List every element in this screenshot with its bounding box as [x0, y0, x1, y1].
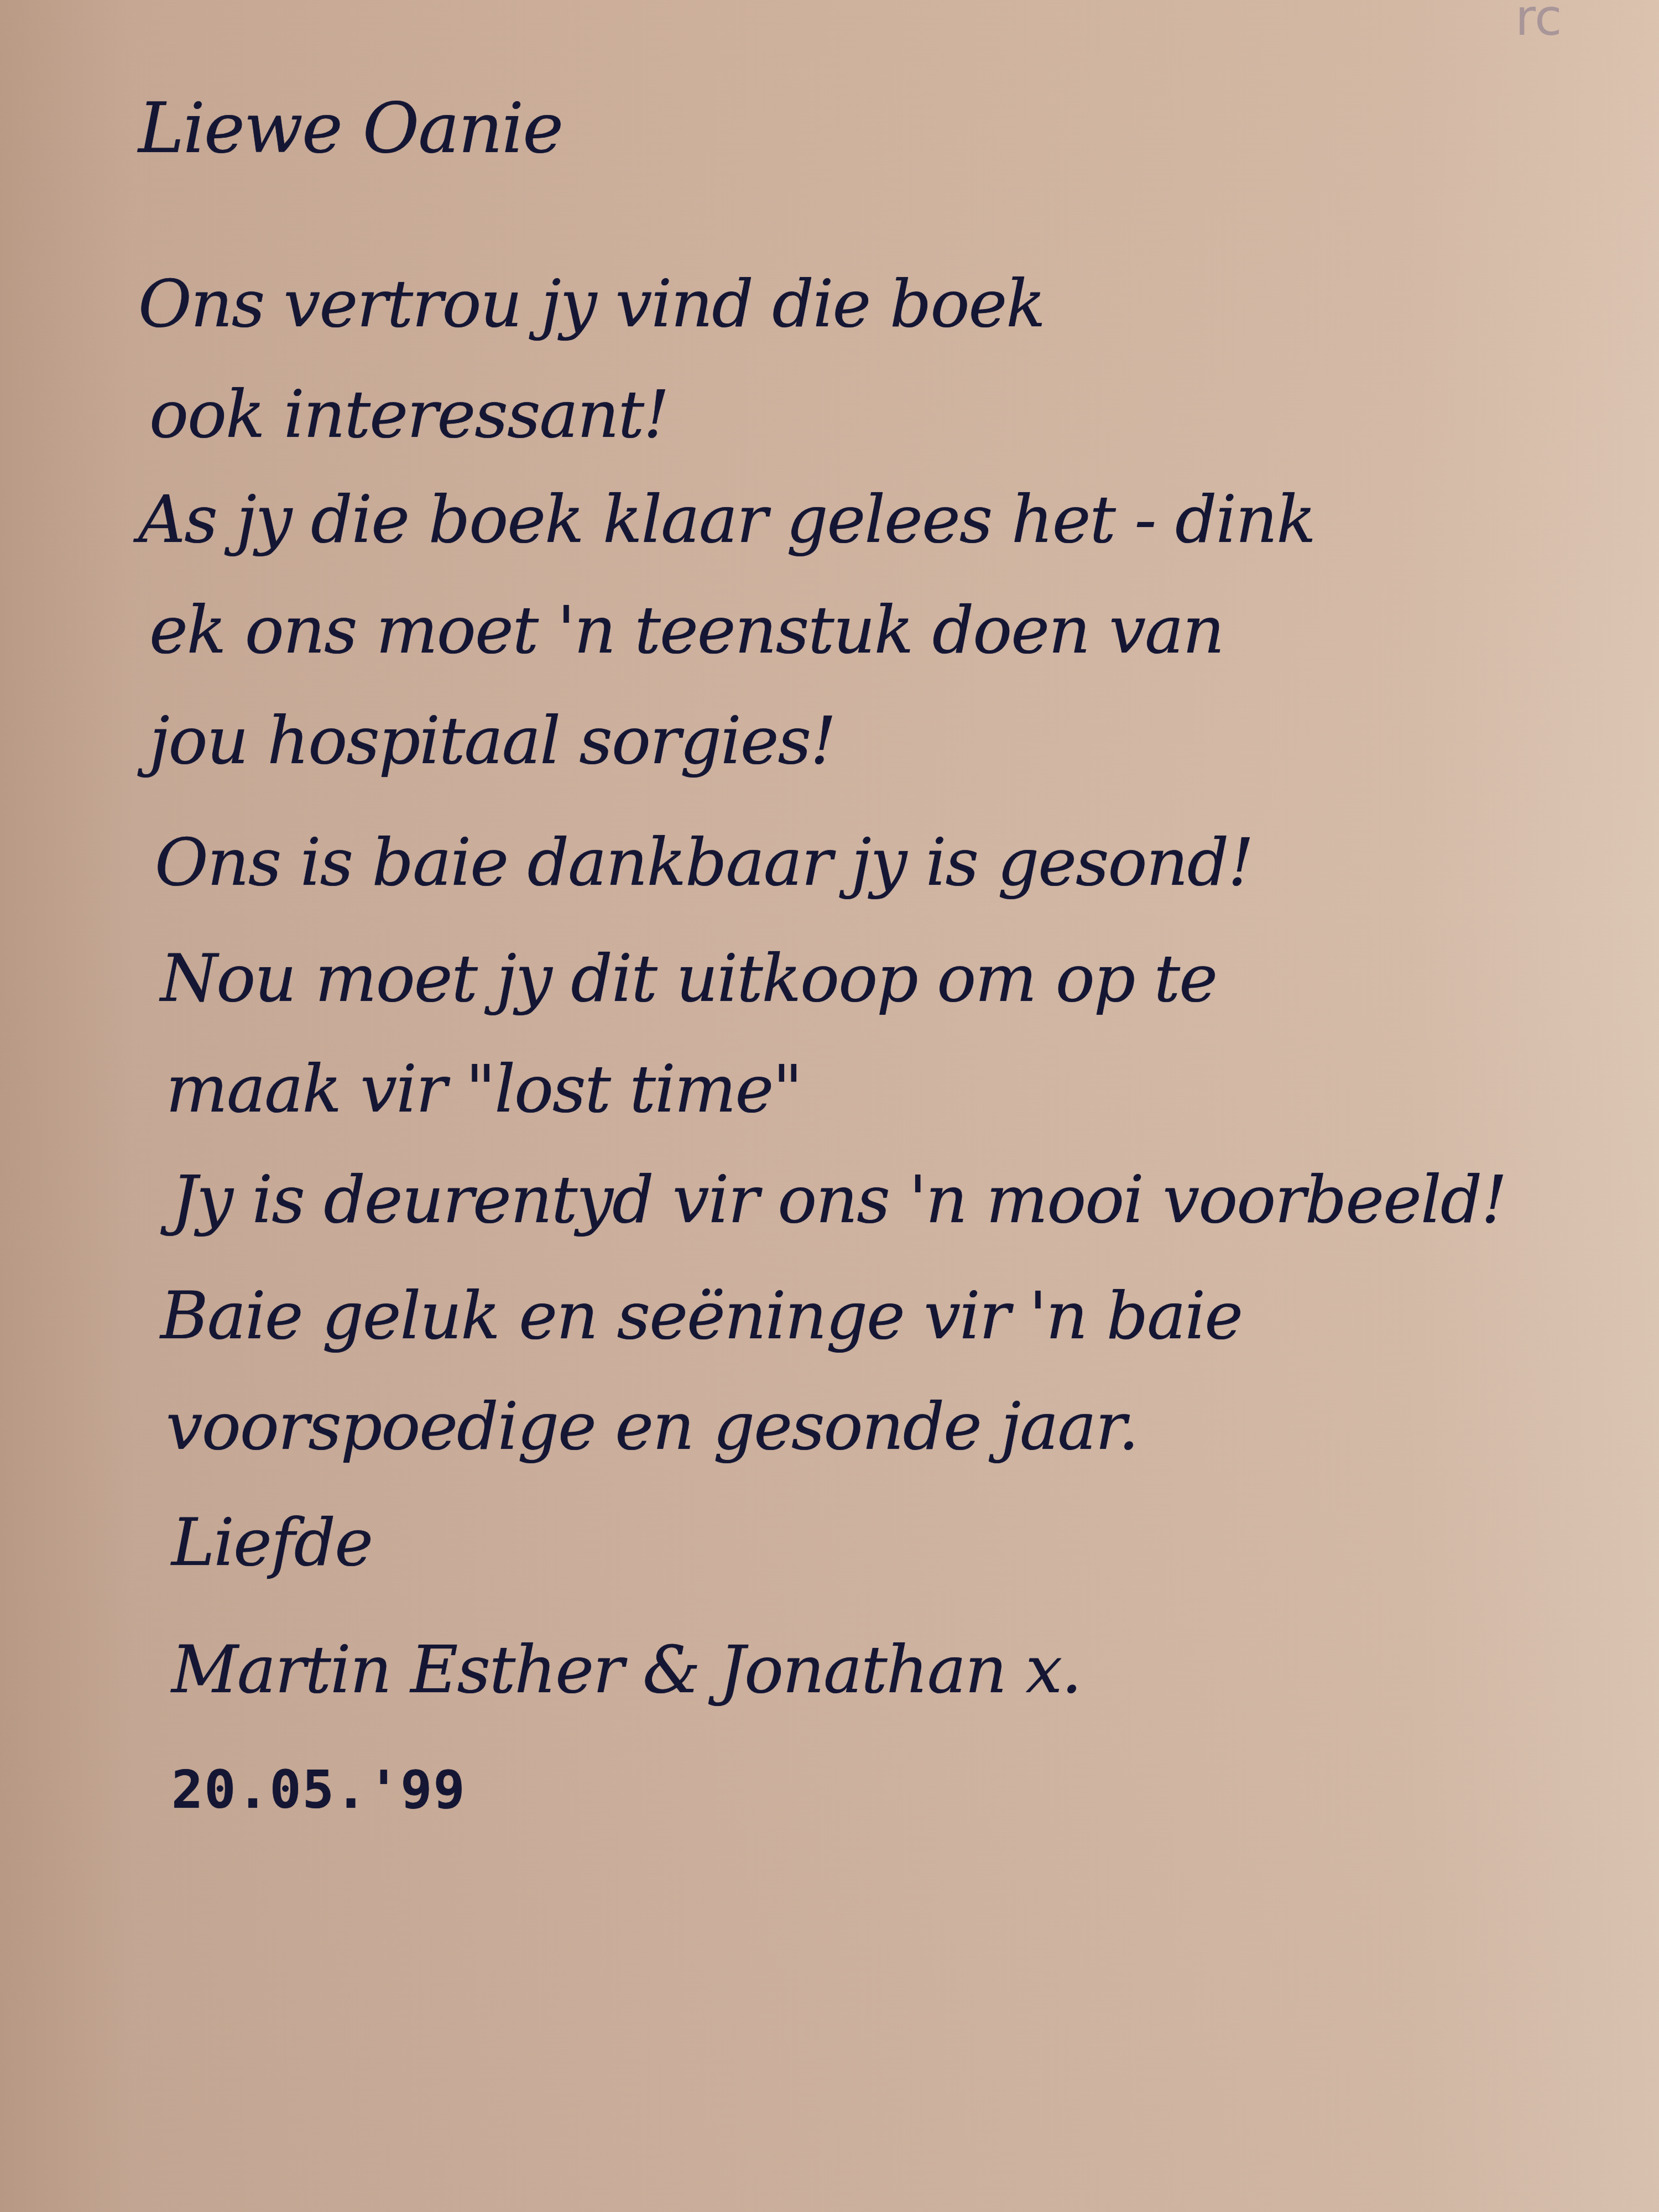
body-line: Ons is baie dankbaar jy is gesond! [155, 830, 1253, 895]
body-line: ek ons moet 'n teenstuk doen van [149, 597, 1224, 662]
body-line: Jy is deurentyd vir ons 'n mooi voorbeel… [171, 1167, 1506, 1232]
body-line: Nou moet jy dit uitkoop om op te [160, 946, 1217, 1011]
body-line: jou hospitaal sorgies! [149, 708, 835, 773]
body-line: As jy die boek klaar gelees het - dink [138, 487, 1315, 552]
body-line: Baie geluk en seëninge vir 'n baie [160, 1283, 1242, 1348]
signature: Martin Esther & Jonathan x. [171, 1637, 1081, 1702]
body-line: Ons vertrou jy vind die boek [138, 271, 1045, 336]
closing: Liefde [171, 1510, 372, 1575]
salutation: Liewe Oanie [138, 94, 562, 163]
body-line: maak vir "lost time" [166, 1056, 802, 1121]
corner-pencil-mark: rc [1515, 0, 1562, 47]
date: 20.05.'99 [171, 1764, 466, 1817]
body-line: ook interessant! [149, 382, 669, 447]
body-line: voorspoedige en gesonde jaar. [166, 1394, 1138, 1459]
